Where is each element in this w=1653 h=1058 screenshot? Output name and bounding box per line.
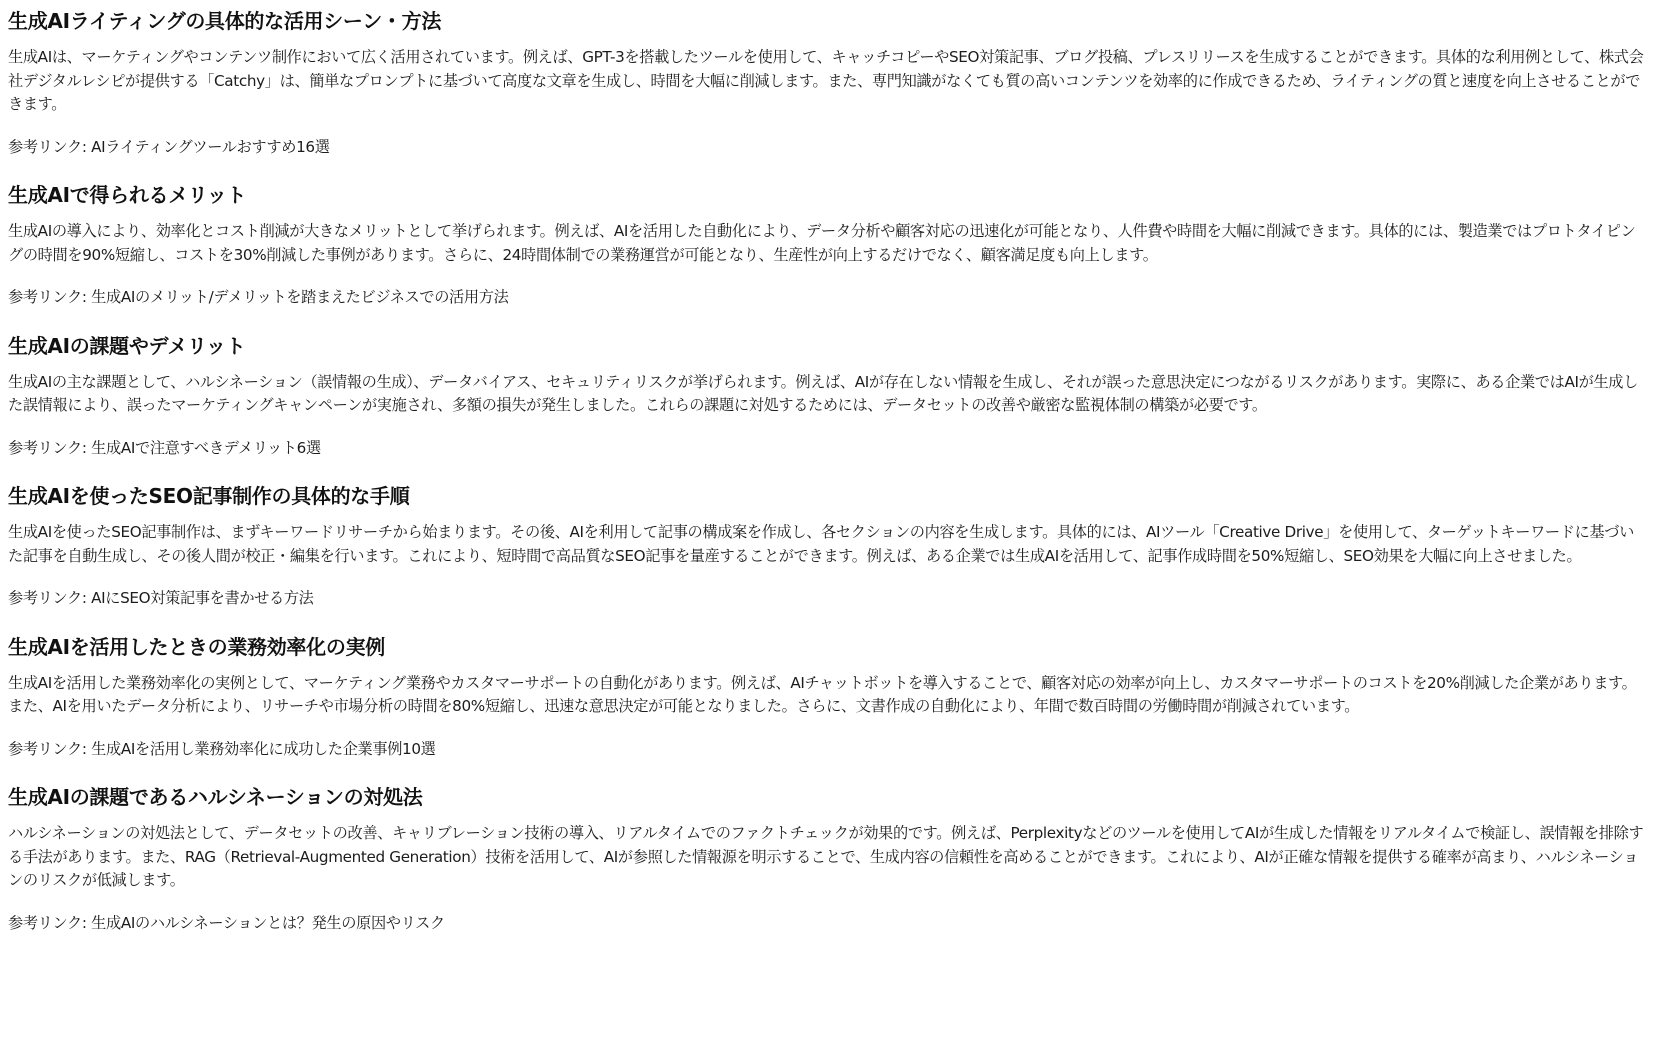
section-challenges: 生成AIの課題やデメリット 生成AIの主な課題として、ハルシネーション（誤情報の… xyxy=(8,331,1645,461)
section-body: ハルシネーションの対処法として、データセットの改善、キャリブレーション技術の導入… xyxy=(8,822,1645,893)
section-heading: 生成AIの課題であるハルシネーションの対処法 xyxy=(8,782,1645,812)
section-heading: 生成AIを使ったSEO記事制作の具体的な手順 xyxy=(8,481,1645,511)
reference-link[interactable]: 生成AIのメリット/デメリットを踏まえたビジネスでの活用方法 xyxy=(91,288,508,306)
section-body: 生成AIの導入により、効率化とコスト削減が大きなメリットとして挙げられます。例え… xyxy=(8,220,1645,267)
reference-link[interactable]: AIにSEO対策記事を書かせる方法 xyxy=(91,589,313,607)
reference-link[interactable]: 生成AIで注意すべきデメリット6選 xyxy=(91,439,321,457)
section-heading: 生成AIを活用したときの業務効率化の実例 xyxy=(8,632,1645,662)
reference-label: 参考リンク: xyxy=(8,439,91,457)
reference-link[interactable]: 生成AIを活用し業務効率化に成功した企業事例10選 xyxy=(91,740,435,758)
reference-link[interactable]: 生成AIのハルシネーションとは？発生の原因やリスク xyxy=(91,914,445,932)
section-heading: 生成AIの課題やデメリット xyxy=(8,331,1645,361)
reference-line: 参考リンク: 生成AIのメリット/デメリットを踏まえたビジネスでの活用方法 xyxy=(8,286,1645,310)
section-hallucination: 生成AIの課題であるハルシネーションの対処法 ハルシネーションの対処法として、デ… xyxy=(8,782,1645,935)
section-heading: 生成AIライティングの具体的な活用シーン・方法 xyxy=(8,6,1645,36)
reference-link[interactable]: AIライティングツールおすすめ16選 xyxy=(91,138,329,156)
reference-line: 参考リンク: AIライティングツールおすすめ16選 xyxy=(8,136,1645,160)
reference-label: 参考リンク: xyxy=(8,914,91,932)
section-body: 生成AIを活用した業務効率化の実例として、マーケティング業務やカスタマーサポート… xyxy=(8,672,1645,719)
section-body: 生成AIを使ったSEO記事制作は、まずキーワードリサーチから始まります。その後、… xyxy=(8,521,1645,568)
reference-line: 参考リンク: 生成AIを活用し業務効率化に成功した企業事例10選 xyxy=(8,738,1645,762)
section-seo-steps: 生成AIを使ったSEO記事制作の具体的な手順 生成AIを使ったSEO記事制作は、… xyxy=(8,481,1645,611)
section-body: 生成AIの主な課題として、ハルシネーション（誤情報の生成）、データバイアス、セキ… xyxy=(8,371,1645,418)
reference-label: 参考リンク: xyxy=(8,589,91,607)
section-heading: 生成AIで得られるメリット xyxy=(8,180,1645,210)
reference-label: 参考リンク: xyxy=(8,288,91,306)
section-efficiency-examples: 生成AIを活用したときの業務効率化の実例 生成AIを活用した業務効率化の実例とし… xyxy=(8,632,1645,762)
reference-label: 参考リンク: xyxy=(8,740,91,758)
section-merits: 生成AIで得られるメリット 生成AIの導入により、効率化とコスト削減が大きなメリ… xyxy=(8,180,1645,310)
document: 生成AIライティングの具体的な活用シーン・方法 生成AIは、マーケティングやコン… xyxy=(0,0,1653,935)
reference-line: 参考リンク: AIにSEO対策記事を書かせる方法 xyxy=(8,587,1645,611)
reference-label: 参考リンク: xyxy=(8,138,91,156)
section-body: 生成AIは、マーケティングやコンテンツ制作において広く活用されています。例えば、… xyxy=(8,46,1645,117)
reference-line: 参考リンク: 生成AIのハルシネーションとは？発生の原因やリスク xyxy=(8,912,1645,936)
section-writing-use-cases: 生成AIライティングの具体的な活用シーン・方法 生成AIは、マーケティングやコン… xyxy=(8,6,1645,159)
reference-line: 参考リンク: 生成AIで注意すべきデメリット6選 xyxy=(8,437,1645,461)
